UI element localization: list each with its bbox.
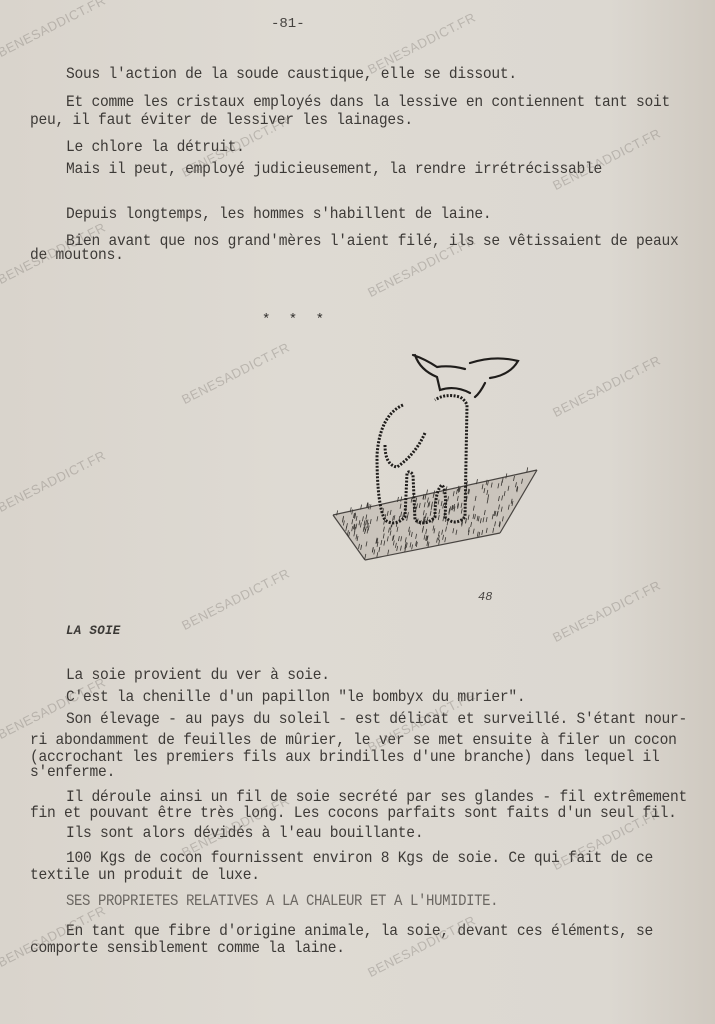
paragraph-line: peu, il faut éviter de lessiver les lain…: [30, 112, 413, 129]
paragraph-line: Son élevage - au pays du soleil - est dé…: [66, 711, 687, 728]
paragraph-line: En tant que fibre d'origine animale, la …: [66, 923, 653, 940]
paragraph-line: s'enferme.: [30, 764, 115, 781]
paragraph-line: La soie provient du ver à soie.: [66, 667, 330, 684]
paragraph-line: (accrochant les premiers fils aux brindi…: [30, 749, 660, 766]
watermark: BENESADDICT.FR: [550, 578, 663, 645]
paragraph-line: Il déroule ainsi un fil de soie secrété …: [66, 789, 687, 806]
paragraph-line: Depuis longtemps, les hommes s'habillent…: [66, 206, 491, 223]
section-title: LA SOIE: [66, 624, 121, 638]
watermark: BENESADDICT.FR: [0, 0, 108, 60]
paragraph-line: ri abondamment de feuilles de mûrier, le…: [30, 732, 677, 749]
paragraph-line: fin et pouvant être très long. Les cocon…: [30, 805, 677, 822]
watermark: BENESADDICT.FR: [179, 566, 292, 633]
watermark: BENESADDICT.FR: [0, 448, 108, 515]
watermark: BENESADDICT.FR: [550, 126, 663, 193]
paragraph-line: Bien avant que nos grand'mères l'aient f…: [66, 233, 679, 250]
paragraph-line: Sous l'action de la soude caustique, ell…: [66, 66, 517, 83]
paragraph-line: textile un produit de luxe.: [30, 867, 260, 884]
lamb-illustration-icon: [325, 345, 545, 565]
document-page: -81- Sous l'action de la soude caustique…: [0, 0, 715, 1024]
subheading: SES PROPRIETES RELATIVES A LA CHALEUR ET…: [66, 893, 498, 911]
paragraph-line: Mais il peut, employé judicieusement, la…: [66, 161, 602, 178]
section-separator: * * *: [262, 312, 324, 328]
paragraph-line: comporte sensiblement comme la laine.: [30, 940, 345, 957]
watermark: BENESADDICT.FR: [550, 353, 663, 420]
figure-number: 48: [478, 590, 492, 604]
page-number: -81-: [271, 16, 305, 32]
paragraph-line: Et comme les cristaux employés dans la l…: [66, 94, 670, 111]
watermark: BENESADDICT.FR: [179, 340, 292, 407]
